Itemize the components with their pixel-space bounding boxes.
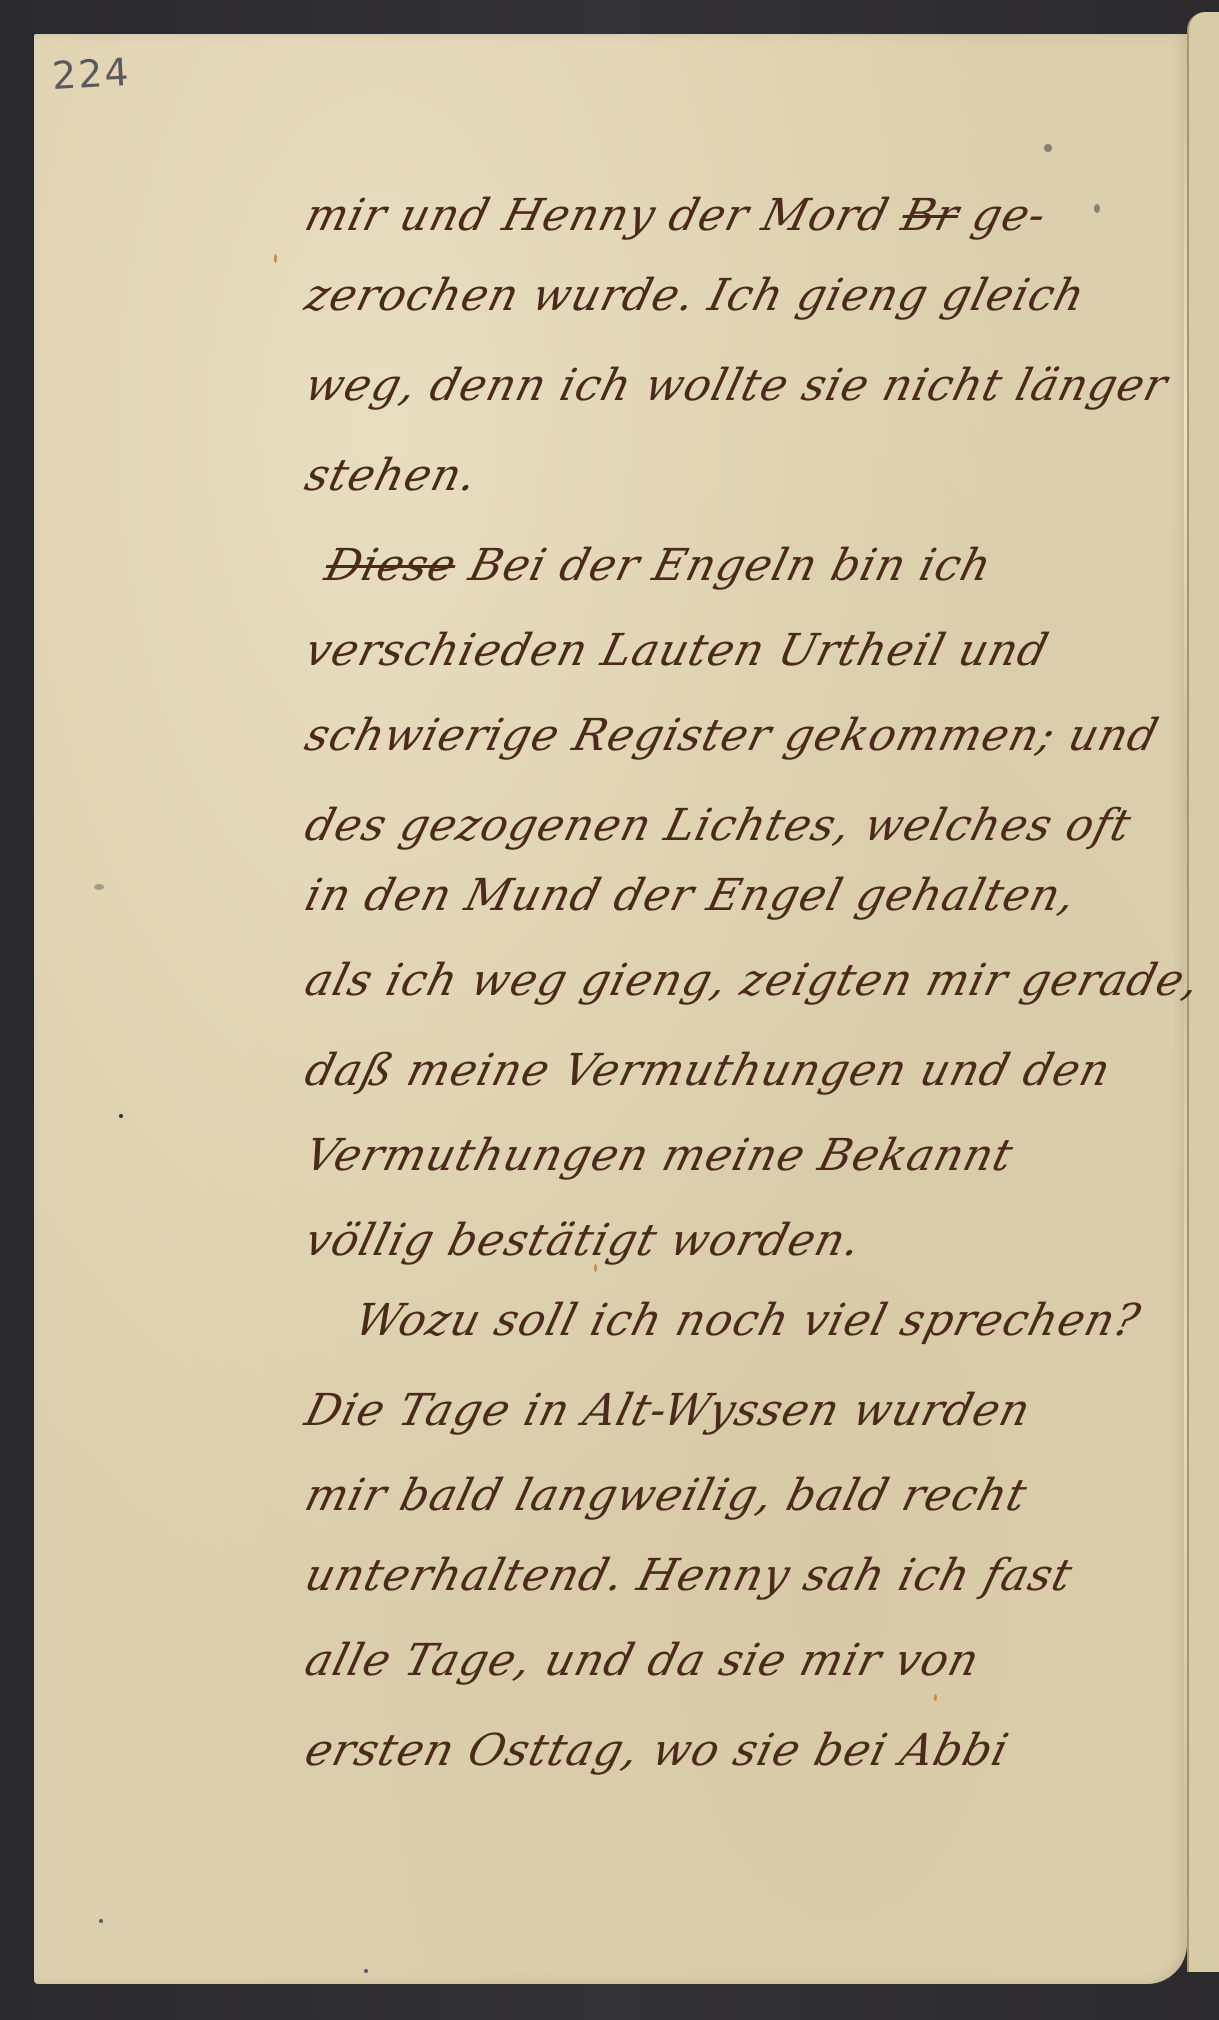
manuscript-line-4: stehen. — [300, 450, 483, 501]
paper-speck — [1094, 204, 1100, 213]
line-text: Die Tage in Alt-Wyssen wurden — [300, 1385, 1036, 1436]
paper-speck — [274, 254, 277, 263]
line-text: in den Mund der Engel gehalten, — [300, 870, 1081, 921]
manuscript-line-7: schwierige Register gekommen; und — [300, 710, 1164, 761]
line-text: stehen. — [300, 450, 483, 501]
paper-speck — [1044, 144, 1052, 152]
manuscript-line-8: des gezogenen Lichtes, welches oft — [300, 800, 1137, 851]
line-tail: ge- — [967, 190, 1052, 241]
paper-speck — [94, 884, 104, 890]
line-text: ersten Osttag, wo sie bei Abbi — [300, 1725, 1014, 1776]
line-text: alle Tage, und da sie mir von — [300, 1635, 985, 1686]
manuscript-line-14: Wozu soll ich noch viel sprechen? — [350, 1295, 1146, 1346]
line-text: völlig bestätigt worden. — [300, 1215, 866, 1266]
manuscript-line-12: Vermuthungen meine Bekannt — [300, 1130, 1019, 1181]
line-text: unterhaltend. Henny sah ich fast — [300, 1550, 1078, 1601]
manuscript-line-18: alle Tage, und da sie mir von — [300, 1635, 985, 1686]
manuscript-line-5: Diese Bei der Engeln bin ich — [320, 540, 997, 591]
manuscript-line-17: unterhaltend. Henny sah ich fast — [300, 1550, 1078, 1601]
page-number: 224 — [51, 50, 132, 98]
line-text: mir bald langweilig, bald recht — [300, 1470, 1032, 1521]
line-text: Vermuthungen meine Bekannt — [300, 1130, 1019, 1181]
paper-speck — [119, 1114, 123, 1118]
line-text: weg, denn ich wollte sie nicht länger — [300, 360, 1173, 411]
manuscript-line-11: daß meine Vermuthungen und den — [300, 1045, 1116, 1096]
struck-text: Diese — [320, 540, 462, 591]
manuscript-line-10: als ich weg gieng, zeigten mir gerade, — [300, 955, 1205, 1006]
manuscript-page — [34, 34, 1187, 1984]
line-text: des gezogenen Lichtes, welches oft — [300, 800, 1137, 851]
line-text: mir und Henny der Mord — [300, 190, 894, 241]
manuscript-line-13: völlig bestätigt worden. — [300, 1215, 866, 1266]
line-text: Bei der Engeln bin ich — [464, 540, 997, 591]
manuscript-line-9: in den Mund der Engel gehalten, — [300, 870, 1081, 921]
line-text: verschieden Lauten Urtheil und — [300, 625, 1054, 676]
manuscript-line-6: verschieden Lauten Urtheil und — [300, 625, 1054, 676]
manuscript-line-2: zerochen wurde. Ich gieng gleich — [300, 270, 1090, 321]
paper-speck — [99, 1919, 103, 1923]
manuscript-line-19: ersten Osttag, wo sie bei Abbi — [300, 1725, 1014, 1776]
manuscript-line-16: mir bald langweilig, bald recht — [300, 1470, 1032, 1521]
struck-text: Br — [897, 190, 965, 241]
line-text: daß meine Vermuthungen und den — [300, 1045, 1116, 1096]
manuscript-line-1: mir und Henny der Mord Br ge- — [300, 190, 1052, 241]
line-text: als ich weg gieng, zeigten mir gerade, — [300, 955, 1205, 1006]
line-text: zerochen wurde. Ich gieng gleich — [300, 270, 1090, 321]
manuscript-line-15: Die Tage in Alt-Wyssen wurden — [300, 1385, 1036, 1436]
paper-speck — [364, 1969, 368, 1973]
line-text: schwierige Register gekommen; und — [300, 710, 1164, 761]
manuscript-line-3: weg, denn ich wollte sie nicht länger — [300, 360, 1173, 411]
paper-speck — [934, 1694, 937, 1701]
line-text: Wozu soll ich noch viel sprechen? — [350, 1295, 1146, 1346]
